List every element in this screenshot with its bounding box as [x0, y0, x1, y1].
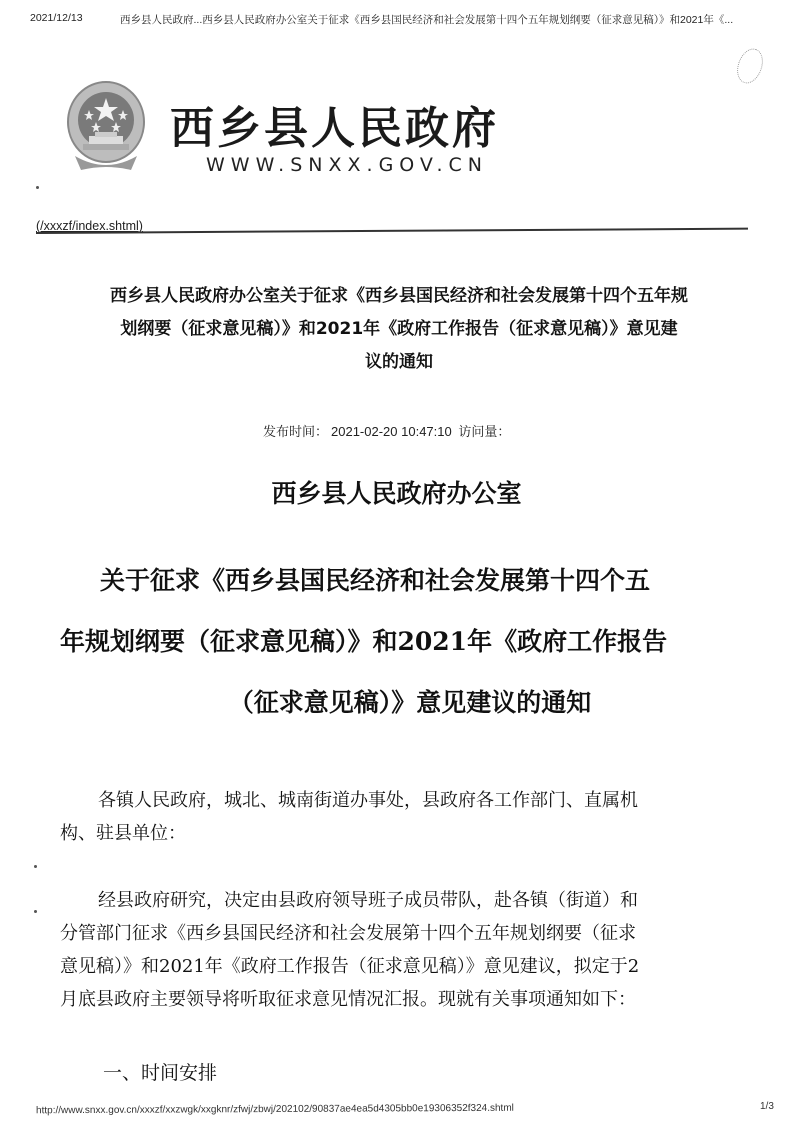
site-name: 西乡县人民政府	[170, 92, 499, 156]
paragraph-line: 意见稿）》和2021年《政府工作报告（征求意见稿）》意见建议，拟定于2	[60, 950, 760, 983]
notice-title-line: 关于征求《西乡县国民经济和社会发展第十四个五	[60, 550, 760, 611]
addressee-line: 各镇人民政府，城北、城南街道办事处，县政府各工作部门、直属机	[60, 784, 760, 817]
views-label: 访问量：	[458, 424, 510, 439]
article-title-line: 议的通知	[40, 346, 758, 379]
publish-label: 发布时间：	[263, 424, 328, 439]
paragraph-line: 分管部门征求《西乡县国民经济和社会发展第十四个五年规划纲要（征求	[60, 917, 760, 950]
national-emblem-icon	[65, 78, 147, 176]
scan-speck	[34, 865, 37, 868]
section-heading: 一、时间安排	[103, 1058, 217, 1085]
notice-title-line: 年规划纲要（征求意见稿）》和2021年《政府工作报告	[60, 611, 760, 672]
body-paragraph: 经县政府研究，决定由县政府领导班子成员带队，赴各镇（街道）和 分管部门征求《西乡…	[60, 884, 760, 1016]
scan-speck	[36, 186, 39, 189]
article-title-line: 西乡县人民政府办公室关于征求《西乡县国民经济和社会发展第十四个五年规	[40, 280, 758, 313]
print-footer-url: http://www.snxx.gov.cn/xxxzf/xxzwgk/xxgk…	[36, 1103, 514, 1117]
page-counter: 1/3	[760, 1101, 774, 1112]
handwritten-mark	[733, 45, 768, 87]
scan-speck	[34, 910, 37, 913]
addressee-line: 构、驻县单位：	[60, 817, 760, 850]
notice-title-line: （征求意见稿）》意见建议的通知	[60, 672, 760, 733]
site-url: WWW.SNXX.GOV.CN	[206, 154, 488, 176]
paragraph-line: 月底县政府主要领导将听取征求意见情况汇报。现就有关事项通知如下：	[60, 983, 760, 1016]
print-date: 2021/12/13	[30, 12, 83, 24]
paragraph-line: 经县政府研究，决定由县政府领导班子成员带队，赴各镇（街道）和	[60, 884, 760, 917]
addressee: 各镇人民政府，城北、城南街道办事处，县政府各工作部门、直属机 构、驻县单位：	[60, 784, 760, 850]
article-title-line: 划纲要（征求意见稿）》和2021年《政府工作报告（征求意见稿）》意见建	[40, 313, 758, 346]
article-title: 西乡县人民政府办公室关于征求《西乡县国民经济和社会发展第十四个五年规 划纲要（征…	[40, 280, 758, 379]
print-page-title: 西乡县人民政府...西乡县人民政府办公室关于征求《西乡县国民经济和社会发展第十四…	[120, 12, 733, 27]
issuing-office: 西乡县人民政府办公室	[0, 474, 793, 510]
publish-meta: 发布时间：2021-02-20 10:47:10 访问量：	[263, 421, 513, 440]
print-header: 2021/12/13 西乡县人民政府...西乡县人民政府办公室关于征求《西乡县国…	[0, 8, 793, 28]
notice-title: 关于征求《西乡县国民经济和社会发展第十四个五 年规划纲要（征求意见稿）》和202…	[60, 550, 760, 733]
publish-time: 2021-02-20 10:47:10	[331, 424, 452, 439]
